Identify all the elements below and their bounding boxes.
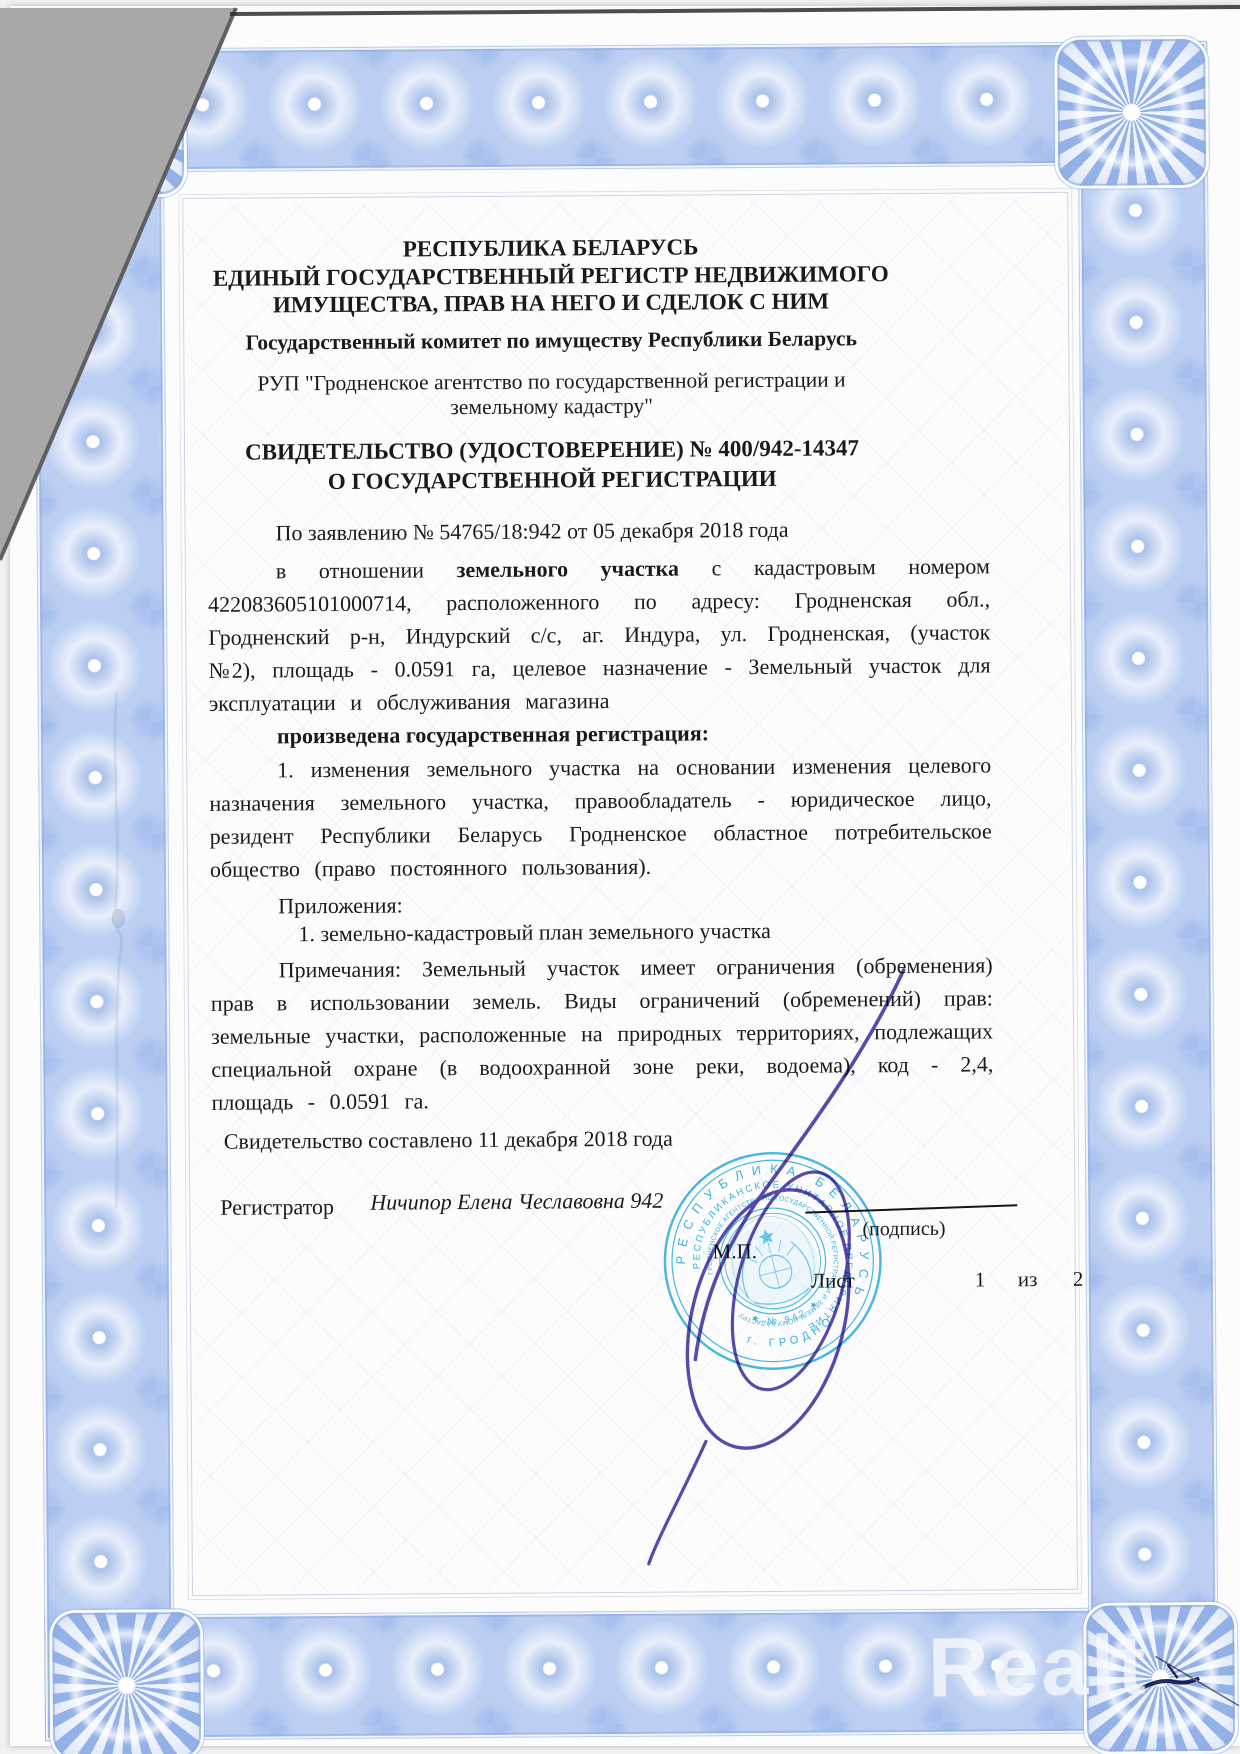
realt-watermark: Realt: [927, 1616, 1149, 1716]
binding-thread: [111, 691, 127, 1208]
pen-marks-bottom-right: [1141, 1656, 1238, 1707]
page-tilt-group: РЕСПУБЛИКА БЕЛАРУСЬ ЕДИНЫЙ ГОСУДАРСТВЕНН…: [0, 0, 1240, 1754]
signature-ink: [0, 0, 1240, 1754]
scan-background: РЕСПУБЛИКА БЕЛАРУСЬ ЕДИНЫЙ ГОСУДАРСТВЕНН…: [0, 0, 1240, 1754]
